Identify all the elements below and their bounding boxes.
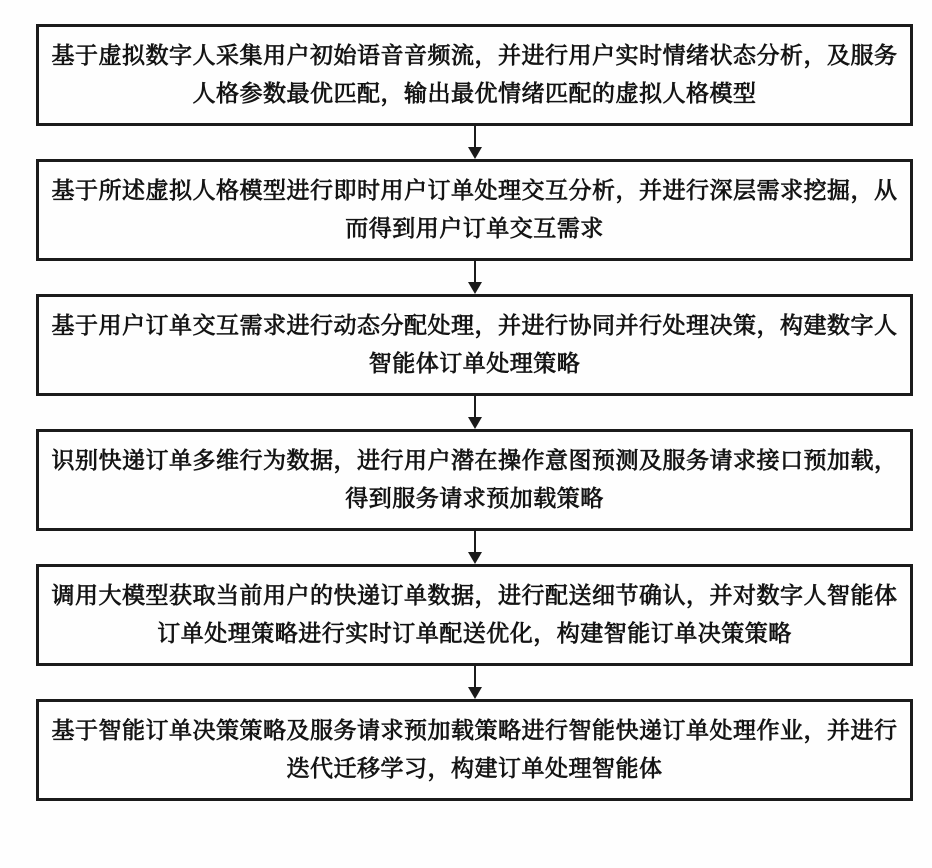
flow-step-6-text: 基于智能订单决策策略及服务请求预加载策略进行智能快递订单处理作业，并进行迭代迁移…	[49, 712, 900, 788]
arrow-down-icon	[468, 552, 482, 564]
arrow-down-icon	[468, 417, 482, 429]
flow-step-1-text: 基于虚拟数字人采集用户初始语音音频流，并进行用户实时情绪状态分析，及服务人格参数…	[49, 37, 900, 113]
flow-connector-2	[36, 261, 913, 294]
flow-step-3: 基于用户订单交互需求进行动态分配处理，并进行协同并行处理决策，构建数字人智能体订…	[36, 294, 913, 396]
flow-step-2-text: 基于所述虚拟人格模型进行即时用户订单处理交互分析，并进行深层需求挖掘，从而得到用…	[49, 172, 900, 248]
arrow-stem	[474, 396, 476, 418]
arrow-stem	[474, 666, 476, 688]
flow-step-1: 基于虚拟数字人采集用户初始语音音频流，并进行用户实时情绪状态分析，及服务人格参数…	[36, 24, 913, 126]
arrow-down-icon	[468, 282, 482, 294]
flow-step-4-text: 识别快递订单多维行为数据，进行用户潜在操作意图预测及服务请求接口预加载，得到服务…	[49, 442, 900, 518]
arrow-stem	[474, 261, 476, 283]
flow-step-5-text: 调用大模型获取当前用户的快递订单数据，进行配送细节确认，并对数字人智能体订单处理…	[49, 577, 900, 653]
flow-connector-4	[36, 531, 913, 564]
flow-step-5: 调用大模型获取当前用户的快递订单数据，进行配送细节确认，并对数字人智能体订单处理…	[36, 564, 913, 666]
flow-step-3-text: 基于用户订单交互需求进行动态分配处理，并进行协同并行处理决策，构建数字人智能体订…	[49, 307, 900, 383]
flow-connector-3	[36, 396, 913, 429]
flow-step-2: 基于所述虚拟人格模型进行即时用户订单处理交互分析，并进行深层需求挖掘，从而得到用…	[36, 159, 913, 261]
flow-connector-1	[36, 126, 913, 159]
arrow-down-icon	[468, 687, 482, 699]
arrow-down-icon	[468, 147, 482, 159]
flow-step-6: 基于智能订单决策策略及服务请求预加载策略进行智能快递订单处理作业，并进行迭代迁移…	[36, 699, 913, 801]
arrow-stem	[474, 531, 476, 553]
arrow-stem	[474, 126, 476, 148]
flow-connector-5	[36, 666, 913, 699]
flowchart: 基于虚拟数字人采集用户初始语音音频流，并进行用户实时情绪状态分析，及服务人格参数…	[36, 24, 913, 801]
flow-step-4: 识别快递订单多维行为数据，进行用户潜在操作意图预测及服务请求接口预加载，得到服务…	[36, 429, 913, 531]
